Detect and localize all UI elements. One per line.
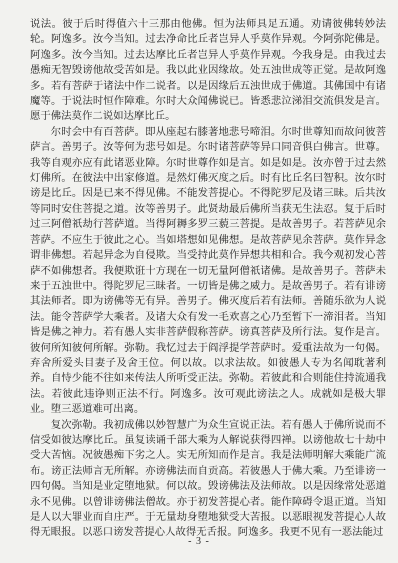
paragraph-maitreya-address: 复次弥勒。我初成佛以妙智慧广为众生宣说正法。若有愚人于佛所说而不信受如彼达摩比丘… <box>30 418 386 541</box>
paragraph-continuation: 说法。彼于后时得值六十三那由他佛。恒为法师具足五通。劝请彼佛转妙法轮。阿逸多。汝… <box>30 17 386 125</box>
page-number: - 3 - <box>0 536 398 547</box>
paragraph-bodhisattvas-assembly: 尔时会中有百菩萨。即从座起右膝著地悲号啼泪。尔时世尊知而故问彼菩萨言。善男子。汝… <box>30 125 386 418</box>
scanned-document-page: 说法。彼于后时得值六十三那由他佛。恒为法师具足五通。劝请彼佛转妙法轮。阿逸多。汝… <box>0 0 398 563</box>
sutra-text-block: 说法。彼于后时得值六十三那由他佛。恒为法师具足五通。劝请彼佛转妙法轮。阿逸多。汝… <box>30 17 386 541</box>
